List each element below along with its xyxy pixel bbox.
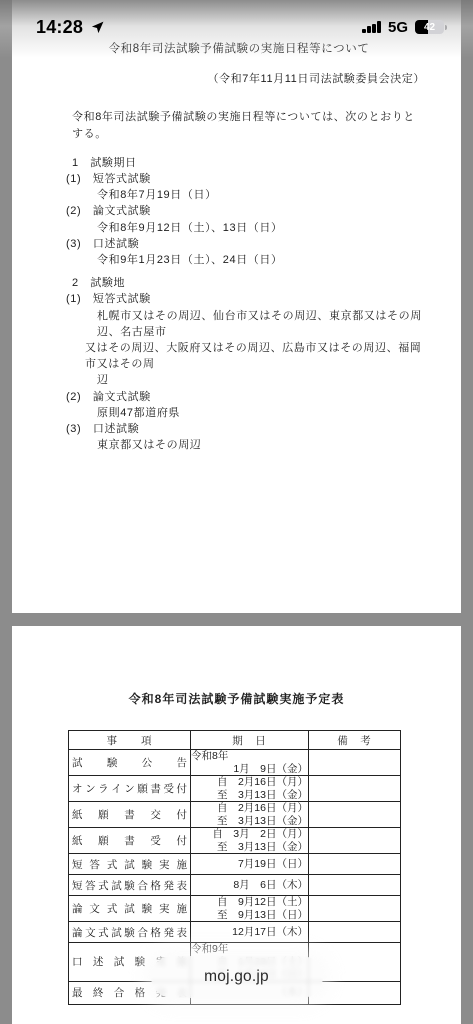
- item-title: (3) 口述試験: [66, 236, 425, 252]
- remarks-cell: [309, 875, 401, 896]
- location-arrow-icon: [90, 20, 105, 35]
- remarks-cell: [309, 802, 401, 828]
- item-title: (2) 論文式試験: [66, 203, 425, 219]
- remarks-cell: [309, 981, 401, 1004]
- date-line: 8月 6日（木）: [191, 879, 308, 892]
- page1-title: 令和8年司法試験予備試験の実施日程等について: [53, 41, 425, 57]
- safari-url-pill[interactable]: moj.go.jp: [151, 956, 323, 998]
- item-line: 令和9年1月23日（土）、24日（日）: [97, 252, 425, 268]
- table-row-short-answer-results: 短答式試験合格発表 8月 6日（木）: [69, 875, 401, 896]
- signal-strength-icon: [362, 21, 381, 33]
- battery-percent-label: 42: [415, 20, 444, 34]
- section-heading: 1 試験期日: [72, 155, 425, 171]
- date-line: 自 9月12日（土）: [191, 896, 308, 909]
- item-title: (1) 短答式試験: [66, 291, 425, 307]
- table-row-paper-form-distribution: 紙願書交付 自 2月16日（月） 至 3月13日（金）: [69, 802, 401, 828]
- date-line: 至 3月13日（金）: [191, 841, 308, 854]
- battery-nub: [445, 25, 447, 30]
- col-header-item: 事 項: [69, 731, 191, 750]
- item-line: 令和8年9月12日（土）、13日（日）: [97, 220, 425, 236]
- table-row-essay-exam: 論文式試験実施 自 9月12日（土） 至 9月13日（日）: [69, 896, 401, 922]
- item-line: 辺: [97, 372, 425, 388]
- remarks-cell: [309, 776, 401, 802]
- row-item-label: 紙願書受付: [69, 833, 190, 848]
- section-exam-locations: 2 試験地 (1) 短答式試験 札幌市又はその周辺、仙台市又はその周辺、東京都又…: [53, 275, 425, 453]
- table-header-row: 事 項 期 日 備 考: [69, 731, 401, 750]
- date-line: 7月19日（日）: [191, 858, 308, 871]
- date-line: 至 3月13日（金）: [191, 815, 308, 828]
- col-header-remarks: 備 考: [309, 731, 401, 750]
- table-row-exam-announcement: 試験公告 令和8年 1月 9日（金）: [69, 750, 401, 776]
- row-item-label: 試験公告: [69, 755, 190, 770]
- item-title: (3) 口述試験: [66, 421, 425, 437]
- row-item-label: 論文式試験合格発表: [69, 925, 190, 940]
- item-line: 又はその周辺、大阪府又はその周辺、広島市又はその周辺、福岡市又はその周: [85, 340, 425, 372]
- date-line: 自 3月 2日（月）: [191, 828, 308, 841]
- date-line: 12月17日（木）: [191, 926, 308, 939]
- row-item-label: オンライン願書受付: [69, 781, 190, 796]
- item-title: (1) 短答式試験: [66, 171, 425, 187]
- item-line: 東京都又はその周辺: [97, 437, 425, 453]
- date-line: 自 2月16日（月）: [191, 776, 308, 789]
- remarks-cell: [309, 922, 401, 943]
- remarks-cell: [309, 750, 401, 776]
- item-title: (2) 論文式試験: [66, 389, 425, 405]
- document-page-1: 令和8年司法試験予備試験の実施日程等について （令和7年11月11日司法試験委員…: [12, 0, 461, 613]
- remarks-cell: [309, 896, 401, 922]
- clock: 14:28: [36, 17, 83, 38]
- url-domain-label: moj.go.jp: [204, 968, 269, 986]
- remarks-cell: [309, 828, 401, 854]
- battery-icon: 42: [415, 20, 447, 34]
- intro-paragraph: 令和8年司法試験予備試験の実施日程等については、次のとおりとする。: [72, 109, 425, 141]
- row-item-label: 論文式試験実施: [69, 901, 190, 916]
- remarks-cell: [309, 854, 401, 875]
- col-header-date: 期 日: [191, 731, 309, 750]
- table-row-paper-form-acceptance: 紙願書受付 自 3月 2日（月） 至 3月13日（金）: [69, 828, 401, 854]
- table-row-short-answer-exam: 短答式試験実施 7月19日（日）: [69, 854, 401, 875]
- item-line: 札幌市又はその周辺、仙台市又はその周辺、東京都又はその周辺、名古屋市: [97, 308, 425, 340]
- decision-note: （令和7年11月11日司法試験委員会決定）: [53, 71, 425, 87]
- network-type-label: 5G: [388, 19, 408, 36]
- item-line: 原則47都道府県: [97, 405, 425, 421]
- row-item-label: 紙願書交付: [69, 807, 190, 822]
- status-bar: 14:28 5G 42: [0, 0, 473, 42]
- date-line: 自 2月16日（月）: [191, 802, 308, 815]
- section-exam-dates: 1 試験期日 (1) 短答式試験 令和8年7月19日（日） (2) 論文式試験 …: [53, 155, 425, 268]
- table-row-essay-results: 論文式試験合格発表 12月17日（木）: [69, 922, 401, 943]
- item-line: 令和8年7月19日（日）: [97, 187, 425, 203]
- date-line: 令和9年: [191, 943, 308, 956]
- table-row-online-application: オンライン願書受付 自 2月16日（月） 至 3月13日（金）: [69, 776, 401, 802]
- row-item-label: 短答式試験合格発表: [69, 878, 190, 893]
- date-line: 1月 9日（金）: [191, 763, 308, 776]
- section-heading: 2 試験地: [72, 275, 425, 291]
- row-item-label: 短答式試験実施: [69, 857, 190, 872]
- date-line: 令和8年: [191, 750, 308, 763]
- date-line: 至 3月13日（金）: [191, 789, 308, 802]
- page2-title: 令和8年司法試験予備試験実施予定表: [12, 690, 461, 707]
- date-line: 至 9月13日（日）: [191, 909, 308, 922]
